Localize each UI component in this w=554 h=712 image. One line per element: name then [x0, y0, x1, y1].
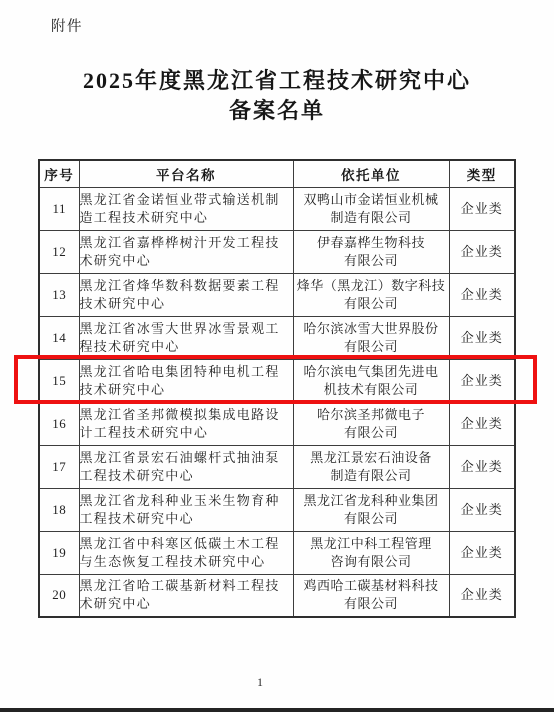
- type-cell: 企业类: [449, 402, 515, 445]
- table-row: 15 黑龙江省哈电集团特种电机工程 技术研究中心 哈尔滨电气集团先进电 机技术有…: [39, 359, 515, 402]
- supporting-unit-cell: 哈尔滨圣邦微电子 有限公司: [293, 402, 449, 445]
- supporting-unit-cell: 鸡西哈工碳基材料科技 有限公司: [293, 574, 449, 617]
- platform-name-cell: 黑龙江省景宏石油螺杆式抽油泵 工程技术研究中心: [79, 445, 293, 488]
- filing-table: 序号 平台名称 依托单位 类型 11 黑龙江省金诺恒业带式输送机制 造工程技术研…: [38, 159, 516, 618]
- table-body: 11 黑龙江省金诺恒业带式输送机制 造工程技术研究中心 双鸭山市金诺恒业机械 制…: [39, 187, 515, 617]
- supporting-unit-cell: 哈尔滨电气集团先进电 机技术有限公司: [293, 359, 449, 402]
- type-cell: 企业类: [449, 273, 515, 316]
- supporting-unit-cell: 黑龙江省龙科种业集团 有限公司: [293, 488, 449, 531]
- title-line-2: 备案名单: [229, 98, 325, 123]
- col-header-unit: 依托单位: [293, 160, 449, 187]
- platform-name-cell: 黑龙江省哈工碳基新材料工程技 术研究中心: [79, 574, 293, 617]
- platform-name-cell: 黑龙江省哈电集团特种电机工程 技术研究中心: [79, 359, 293, 402]
- type-cell: 企业类: [449, 359, 515, 402]
- row-number-cell: 17: [39, 445, 79, 488]
- row-number-cell: 15: [39, 359, 79, 402]
- row-number-cell: 19: [39, 531, 79, 574]
- platform-name-cell: 黑龙江省嘉桦桦树汁开发工程技 术研究中心: [79, 230, 293, 273]
- table-header: 序号 平台名称 依托单位 类型: [39, 160, 515, 187]
- type-cell: 企业类: [449, 531, 515, 574]
- document-title: 2025年度黑龙江省工程技术研究中心 备案名单: [0, 66, 554, 126]
- row-number-cell: 18: [39, 488, 79, 531]
- type-cell: 企业类: [449, 574, 515, 617]
- supporting-unit-cell: 烽华（黑龙江）数字科技 有限公司: [293, 273, 449, 316]
- page-number: 1: [0, 675, 520, 690]
- row-number-cell: 12: [39, 230, 79, 273]
- row-number-cell: 20: [39, 574, 79, 617]
- platform-name-cell: 黑龙江省中科寒区低碳土木工程 与生态恢复工程技术研究中心: [79, 531, 293, 574]
- table-row: 20 黑龙江省哈工碳基新材料工程技 术研究中心 鸡西哈工碳基材料科技 有限公司 …: [39, 574, 515, 617]
- col-header-platform: 平台名称: [79, 160, 293, 187]
- table-row: 13 黑龙江省烽华数科数据要素工程 技术研究中心 烽华（黑龙江）数字科技 有限公…: [39, 273, 515, 316]
- table-row: 12 黑龙江省嘉桦桦树汁开发工程技 术研究中心 伊春嘉桦生物科技 有限公司 企业…: [39, 230, 515, 273]
- row-number-cell: 14: [39, 316, 79, 359]
- header-row: 序号 平台名称 依托单位 类型: [39, 160, 515, 187]
- platform-name-cell: 黑龙江省烽华数科数据要素工程 技术研究中心: [79, 273, 293, 316]
- table-row: 11 黑龙江省金诺恒业带式输送机制 造工程技术研究中心 双鸭山市金诺恒业机械 制…: [39, 187, 515, 230]
- table-row: 19 黑龙江省中科寒区低碳土木工程 与生态恢复工程技术研究中心 黑龙江中科工程管…: [39, 531, 515, 574]
- row-number-cell: 13: [39, 273, 79, 316]
- type-cell: 企业类: [449, 230, 515, 273]
- table-row: 17 黑龙江省景宏石油螺杆式抽油泵 工程技术研究中心 黑龙江景宏石油设备 制造有…: [39, 445, 515, 488]
- col-header-no: 序号: [39, 160, 79, 187]
- row-number-cell: 16: [39, 402, 79, 445]
- page-bottom-edge: [0, 708, 554, 712]
- title-line-1: 2025年度黑龙江省工程技术研究中心: [83, 68, 471, 93]
- supporting-unit-cell: 伊春嘉桦生物科技 有限公司: [293, 230, 449, 273]
- col-header-type: 类型: [449, 160, 515, 187]
- platform-name-cell: 黑龙江省圣邦微模拟集成电路设 计工程技术研究中心: [79, 402, 293, 445]
- attachment-label: 附件: [51, 15, 83, 36]
- type-cell: 企业类: [449, 316, 515, 359]
- supporting-unit-cell: 哈尔滨冰雪大世界股份 有限公司: [293, 316, 449, 359]
- platform-name-cell: 黑龙江省龙科种业玉米生物育种 工程技术研究中心: [79, 488, 293, 531]
- table-row: 14 黑龙江省冰雪大世界冰雪景观工 程技术研究中心 哈尔滨冰雪大世界股份 有限公…: [39, 316, 515, 359]
- platform-name-cell: 黑龙江省金诺恒业带式输送机制 造工程技术研究中心: [79, 187, 293, 230]
- supporting-unit-cell: 黑龙江中科工程管理 咨询有限公司: [293, 531, 449, 574]
- table-row: 18 黑龙江省龙科种业玉米生物育种 工程技术研究中心 黑龙江省龙科种业集团 有限…: [39, 488, 515, 531]
- supporting-unit-cell: 双鸭山市金诺恒业机械 制造有限公司: [293, 187, 449, 230]
- platform-name-cell: 黑龙江省冰雪大世界冰雪景观工 程技术研究中心: [79, 316, 293, 359]
- table-row: 16 黑龙江省圣邦微模拟集成电路设 计工程技术研究中心 哈尔滨圣邦微电子 有限公…: [39, 402, 515, 445]
- type-cell: 企业类: [449, 187, 515, 230]
- type-cell: 企业类: [449, 445, 515, 488]
- supporting-unit-cell: 黑龙江景宏石油设备 制造有限公司: [293, 445, 449, 488]
- type-cell: 企业类: [449, 488, 515, 531]
- row-number-cell: 11: [39, 187, 79, 230]
- document-page: 附件 2025年度黑龙江省工程技术研究中心 备案名单 序号 平台名称 依托单位 …: [0, 0, 554, 712]
